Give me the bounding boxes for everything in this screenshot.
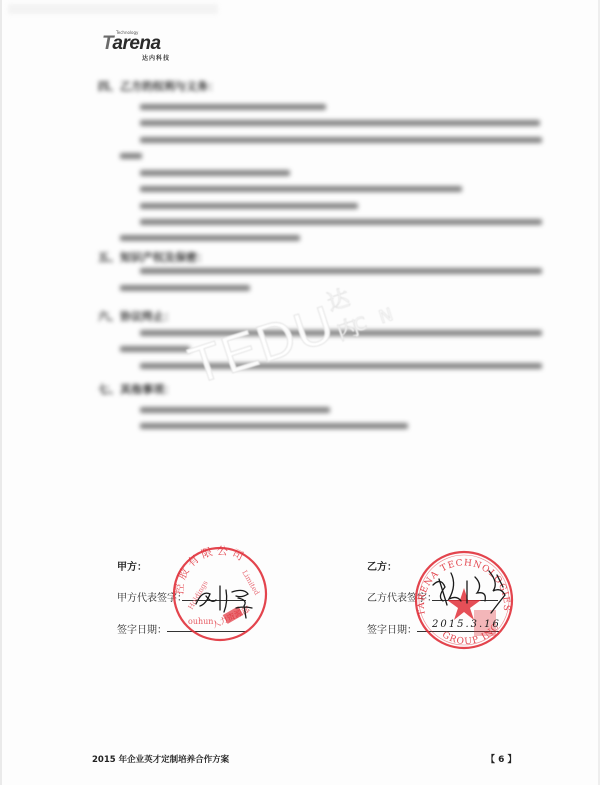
document-body: 四、乙方的权利与义务： 五、知识产权及保密： 六、协议终止： 七、其他事项： [2, 0, 600, 450]
text-line [140, 203, 358, 209]
text-line [140, 137, 542, 143]
svg-text:控 股 有 限 公 司: 控 股 有 限 公 司 [172, 544, 246, 595]
text-line [120, 235, 300, 241]
text-line [140, 407, 330, 413]
svg-text:TARENA TECHNOLOGIES: TARENA TECHNOLOGIES [417, 558, 511, 616]
party-a-title: 甲方： [117, 558, 147, 573]
text-line [140, 186, 462, 192]
party-b-date-value: 2015.3.16 [432, 619, 501, 630]
footer-document-title: 2015 年企业英才定制培养合作方案 [92, 753, 229, 765]
party-a-rep-label: 甲方代表签字： [117, 589, 187, 604]
document-page: Technology Tarena 达内科技 四、乙方的权利与义务： 五、知识产… [0, 0, 600, 785]
section-heading: 六、协议终止： [98, 308, 175, 324]
text-line [140, 104, 326, 110]
text-line [120, 153, 142, 159]
text-line [140, 363, 542, 369]
party-b-rep-label: 乙方代表签字： [367, 589, 437, 604]
section-heading: 四、乙方的权利与义务： [98, 78, 219, 94]
text-line [140, 219, 542, 225]
section-heading: 七、其他事项： [98, 381, 175, 397]
footer-page-number: 【 6 】 [486, 752, 517, 765]
party-a-handwritten-signature [192, 582, 262, 622]
text-line [140, 330, 542, 336]
party-a-date-line [167, 631, 247, 632]
party-a-rep-line [182, 600, 246, 601]
party-a-date-label: 签字日期： [117, 621, 167, 636]
party-b-handwritten-signature [427, 565, 517, 645]
svg-text:ouhun: ouhun [188, 617, 213, 626]
svg-text:Limited: Limited [240, 569, 261, 597]
party-b-date-line [417, 631, 499, 632]
text-line [140, 423, 408, 429]
text-line [140, 170, 290, 176]
party-b-rep-line [432, 600, 498, 601]
text-line [120, 346, 190, 352]
text-line [120, 285, 250, 291]
svg-text:人力资源部: 人力资源部 [211, 604, 251, 630]
text-line [140, 120, 540, 126]
text-line [140, 268, 542, 274]
party-b-title: 乙方： [367, 558, 397, 573]
svg-text:Holdings: Holdings [187, 579, 210, 611]
section-heading: 五、知识产权及保密： [98, 249, 208, 265]
party-b-date-label: 签字日期： [367, 621, 417, 636]
